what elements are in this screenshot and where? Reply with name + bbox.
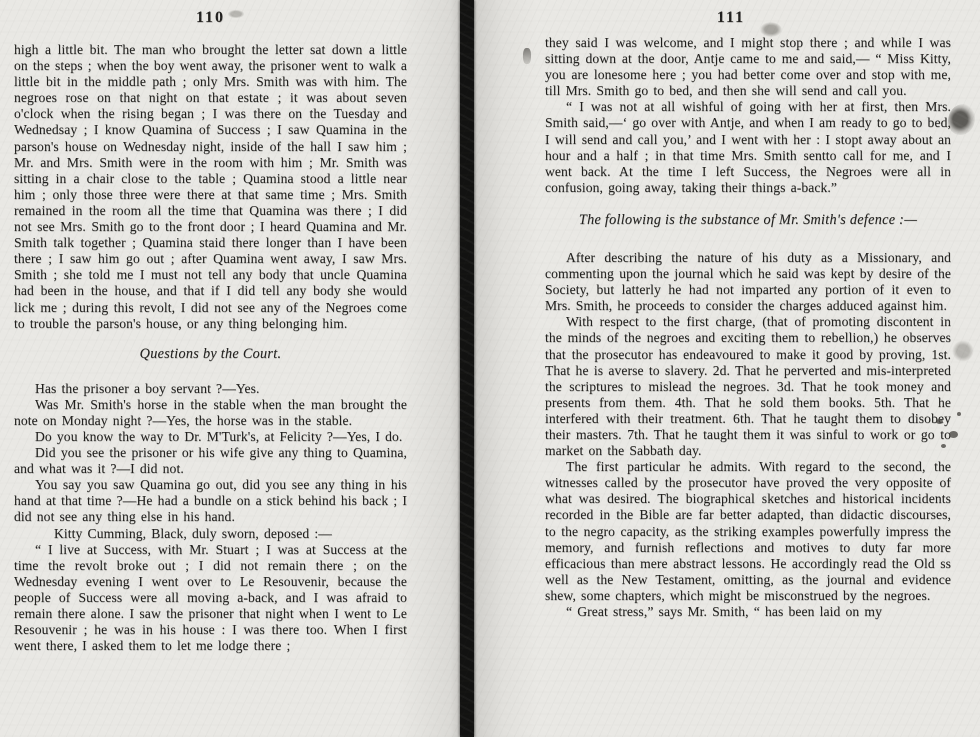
page-number-right: 111 [528, 0, 934, 30]
page-curve-shadow-left [398, 0, 460, 737]
scan-smudge [952, 340, 974, 362]
ink-speck [957, 412, 961, 416]
section-heading-defence: The following is the substance of Mr. Sm… [545, 212, 951, 229]
book-binding-gutter [460, 0, 474, 737]
page-111: 111 they said I was welcome, and I might… [545, 0, 951, 620]
section-heading-questions: Questions by the Court. [14, 346, 407, 363]
text-paragraph: With respect to the first charge, (that … [545, 314, 951, 459]
book-scan: 110 high a little bit. The man who broug… [0, 0, 980, 737]
testimony-text: high a little bit. The man who brought t… [14, 42, 407, 332]
questions-and-answers-text: Has the prisoner a boy servant ?—Yes.Was… [14, 381, 407, 655]
scan-smudge [948, 104, 975, 135]
text-paragraph: Has the prisoner a boy servant ?—Yes. [14, 381, 407, 397]
text-paragraph: high a little bit. The man who brought t… [14, 42, 407, 332]
text-paragraph: Do you know the way to Dr. M'Turk's, at … [14, 429, 407, 445]
text-paragraph: “ Great stress,” says Mr. Smith, “ has b… [545, 604, 951, 620]
text-paragraph: The first particular he admits. With reg… [545, 459, 951, 604]
text-paragraph: After describing the nature of his duty … [545, 250, 951, 314]
text-paragraph: “ I was not at all wishful of going with… [545, 99, 951, 196]
page-number-left: 110 [14, 0, 407, 30]
text-paragraph: they said I was welcome, and I might sto… [545, 35, 951, 99]
text-paragraph: You say you saw Quamina go out, did you … [14, 477, 407, 525]
text-paragraph: “ I live at Success, with Mr. Stuart ; I… [14, 542, 407, 655]
page-curve-shadow-right [474, 0, 538, 737]
page-110: 110 high a little bit. The man who broug… [14, 0, 407, 654]
text-paragraph: Did you see the prisoner or his wife giv… [14, 445, 407, 477]
testimony-continuation-text: they said I was welcome, and I might sto… [545, 35, 951, 196]
defence-text: After describing the nature of his duty … [545, 250, 951, 620]
text-paragraph: Was Mr. Smith's horse in the stable when… [14, 397, 407, 429]
text-paragraph: Kitty Cumming, Black, duly sworn, depose… [14, 526, 407, 542]
